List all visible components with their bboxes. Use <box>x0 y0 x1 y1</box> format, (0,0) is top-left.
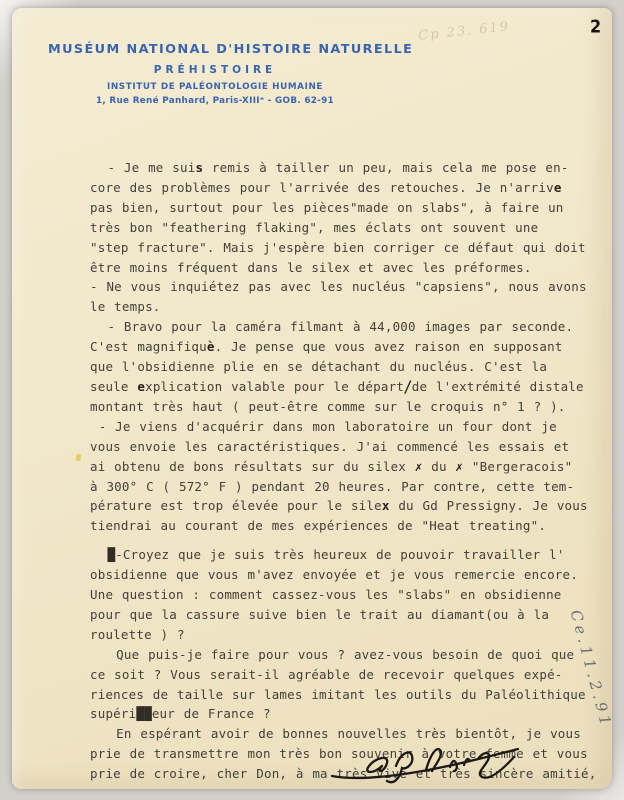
typewritten-line: que l'obsidienne plie en se détachant du… <box>90 357 600 377</box>
typewritten-line: vous envoie les caractéristiques. J'ai c… <box>90 437 600 457</box>
typewritten-line: - Bravo pour la caméra filmant à 44,000 … <box>90 317 600 337</box>
paragraph: █-Croyez que je suis très heureux de pou… <box>90 545 600 645</box>
typewritten-line: C'est magnifiquè. Je pense que vous avez… <box>90 337 600 357</box>
typewritten-line: - Ne vous inquiétez pas avec les nucléus… <box>90 277 600 297</box>
typewritten-line: "step fracture". Mais j'espère bien corr… <box>90 238 600 258</box>
paragraph: - Je viens d'acquérir dans mon laboratoi… <box>90 417 600 536</box>
typewritten-line: être moins fréquent dans le silex et ave… <box>90 258 600 278</box>
scanned-letter-page: { "colors":{ "paper":"#f1e7c9", "ink":"#… <box>0 0 624 800</box>
letter-body: - Je me suis remis à tailler un peu, mai… <box>90 158 600 784</box>
typewritten-line: à 300° C ( 572° F ) pendant 20 heures. P… <box>90 477 600 497</box>
typewritten-line: obsidienne que vous m'avez envoyée et je… <box>90 565 600 585</box>
typewritten-line: riences de taille sur lames imitant les … <box>90 685 600 705</box>
page-number: 2 <box>590 16 601 37</box>
typewritten-line: le temps. <box>90 297 600 317</box>
letterhead-department: PRÉHISTOIRE <box>48 64 382 76</box>
typewritten-line: roulette ) ? <box>90 625 600 645</box>
typewritten-line: core des problèmes pour l'arrivée des re… <box>90 178 600 198</box>
ink-speck <box>75 453 82 461</box>
typewritten-line: très bon "feathering flaking", mes éclat… <box>90 218 600 238</box>
typewritten-line: pour que la cassure suive bien le trait … <box>90 605 600 625</box>
typewritten-line: ai obtenu de bons résultats sur du silex… <box>90 457 600 477</box>
typewritten-line: pérature est trop élevée pour le silex d… <box>90 496 600 516</box>
letterhead-institution: MUSÉUM NATIONAL D'HISTOIRE NATURELLE <box>48 42 382 57</box>
letterhead: MUSÉUM NATIONAL D'HISTOIRE NATURELLE PRÉ… <box>48 42 382 106</box>
typewritten-line: pas bien, surtout pour les pièces"made o… <box>90 198 600 218</box>
paragraph: Que puis-je faire pour vous ? avez-vous … <box>90 645 600 725</box>
typewritten-line: seule explication valable pour le départ… <box>90 377 600 397</box>
paragraph: - Bravo pour la caméra filmant à 44,000 … <box>90 317 600 417</box>
paragraph: - Je me suis remis à tailler un peu, mai… <box>90 158 600 277</box>
typewritten-line: - Je me suis remis à tailler un peu, mai… <box>90 158 600 178</box>
typewritten-line: ce soit ? Vous serait-il agréable de rec… <box>90 665 600 685</box>
letterhead-address: 1, Rue René Panhard, Paris-XIIIᵉ - GOB. … <box>48 96 382 106</box>
typewritten-line: Une question : comment cassez-vous les "… <box>90 585 600 605</box>
typewritten-line: tiendrai au courant de mes expériences d… <box>90 516 600 536</box>
typewritten-line: - Je viens d'acquérir dans mon laboratoi… <box>90 417 600 437</box>
typewritten-line: supéri██eur de France ? <box>90 704 600 724</box>
paragraph: - Ne vous inquiétez pas avec les nucléus… <box>90 277 600 317</box>
pencil-annotation: Cp 23. 619 <box>418 13 569 44</box>
typewritten-line: █-Croyez que je suis très heureux de pou… <box>90 545 600 565</box>
handwritten-signature <box>328 736 524 790</box>
typewritten-line: montant très haut ( peut-être comme sur … <box>90 397 600 417</box>
typewritten-line: Que puis-je faire pour vous ? avez-vous … <box>90 645 600 665</box>
letterhead-institute: INSTITUT DE PALÉONTOLOGIE HUMAINE <box>48 82 382 92</box>
letter-paper: 2 Cp 23. 619 MUSÉUM NATIONAL D'HISTOIRE … <box>12 8 612 789</box>
